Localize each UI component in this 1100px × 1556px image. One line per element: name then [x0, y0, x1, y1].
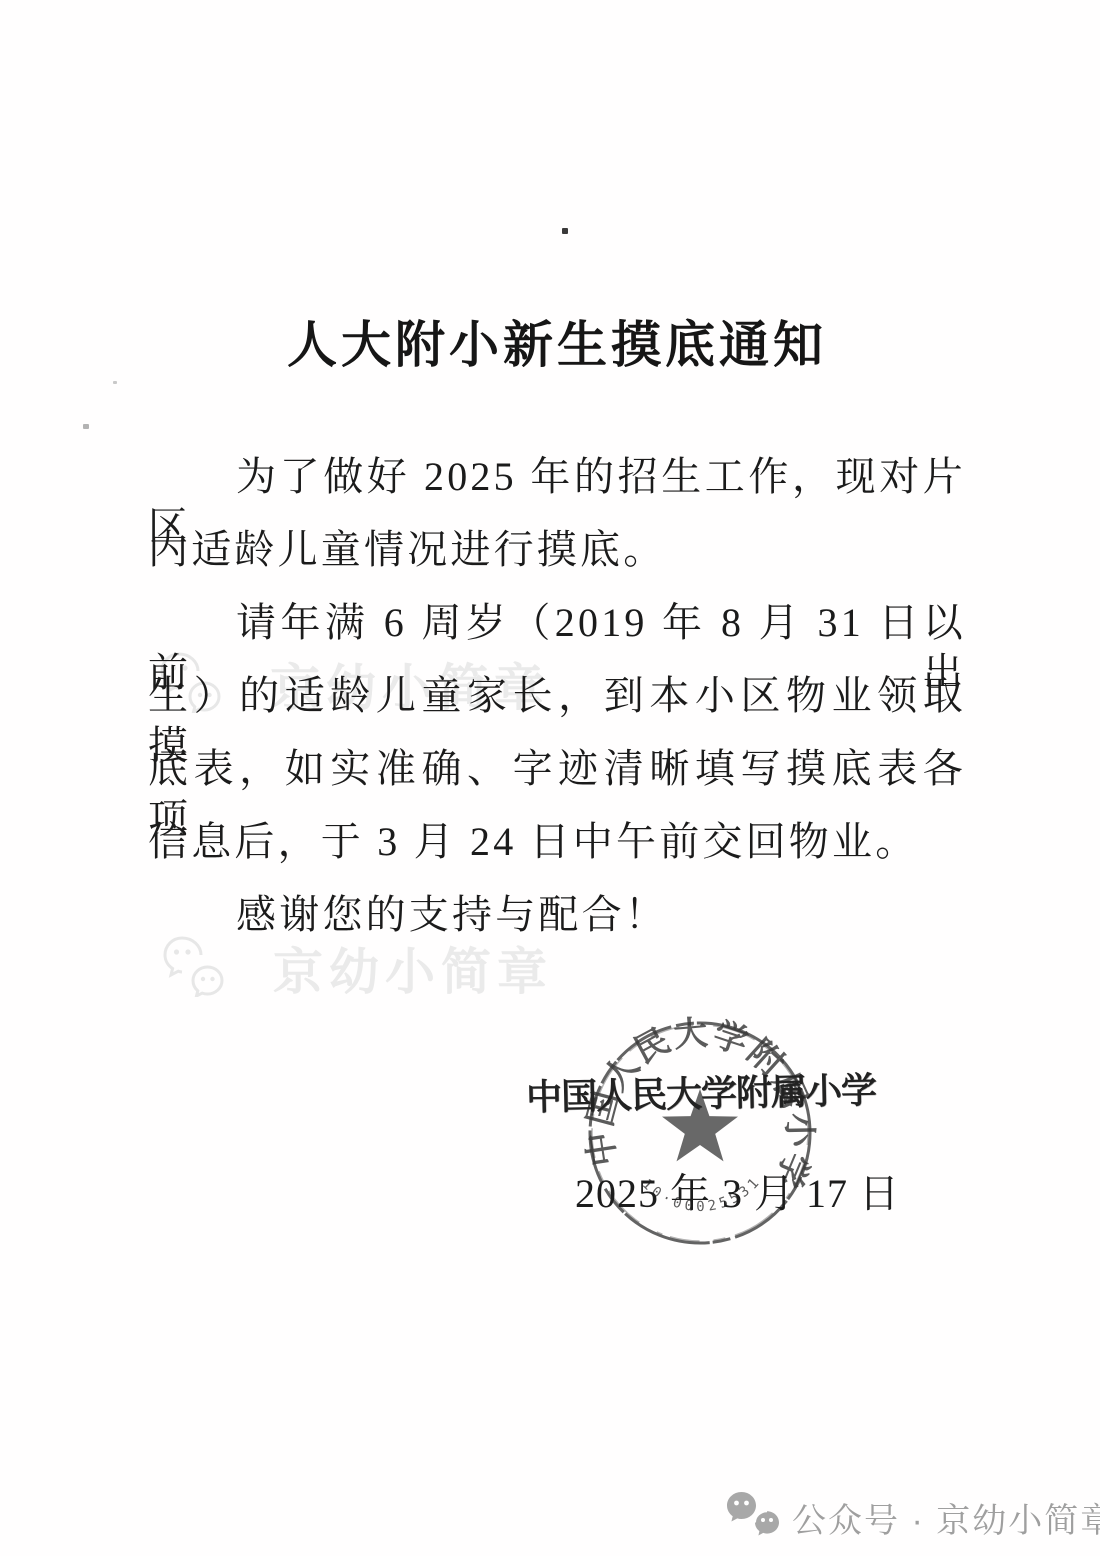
notice-date: 2025 年 3 月 17 日: [575, 1162, 900, 1219]
scan-speck: [83, 424, 89, 429]
watermark-text: 京幼小简章: [273, 932, 553, 1004]
notice-line: 内适龄儿童情况进行摸底。: [148, 525, 966, 575]
notice-line: 感谢您的支持与配合！: [148, 890, 966, 940]
seal-school-name: 中国人民大学附属小学: [526, 1062, 887, 1121]
notice-line: 信息后，于 3 月 24 日中午前交回物业。: [148, 817, 966, 867]
footer-credit: 公众号 · 京幼小简章: [726, 1490, 1100, 1545]
school-seal-stamp: 中国人民大学附属小学 10·00025531: [565, 1011, 835, 1261]
footer-label: 公众号 · 京幼小简章: [792, 1493, 1100, 1542]
notice-title: 人大附小新生摸底通知: [148, 315, 966, 375]
scanned-notice-page: 人大附小新生摸底通知 京幼小简章: [0, 0, 1100, 1556]
wechat-icon: [726, 1490, 780, 1545]
scan-speck: [562, 228, 568, 234]
wechat-outline-icon: [163, 935, 235, 1002]
scan-speck: [113, 381, 117, 384]
watermark: 京幼小简章: [163, 932, 553, 1004]
